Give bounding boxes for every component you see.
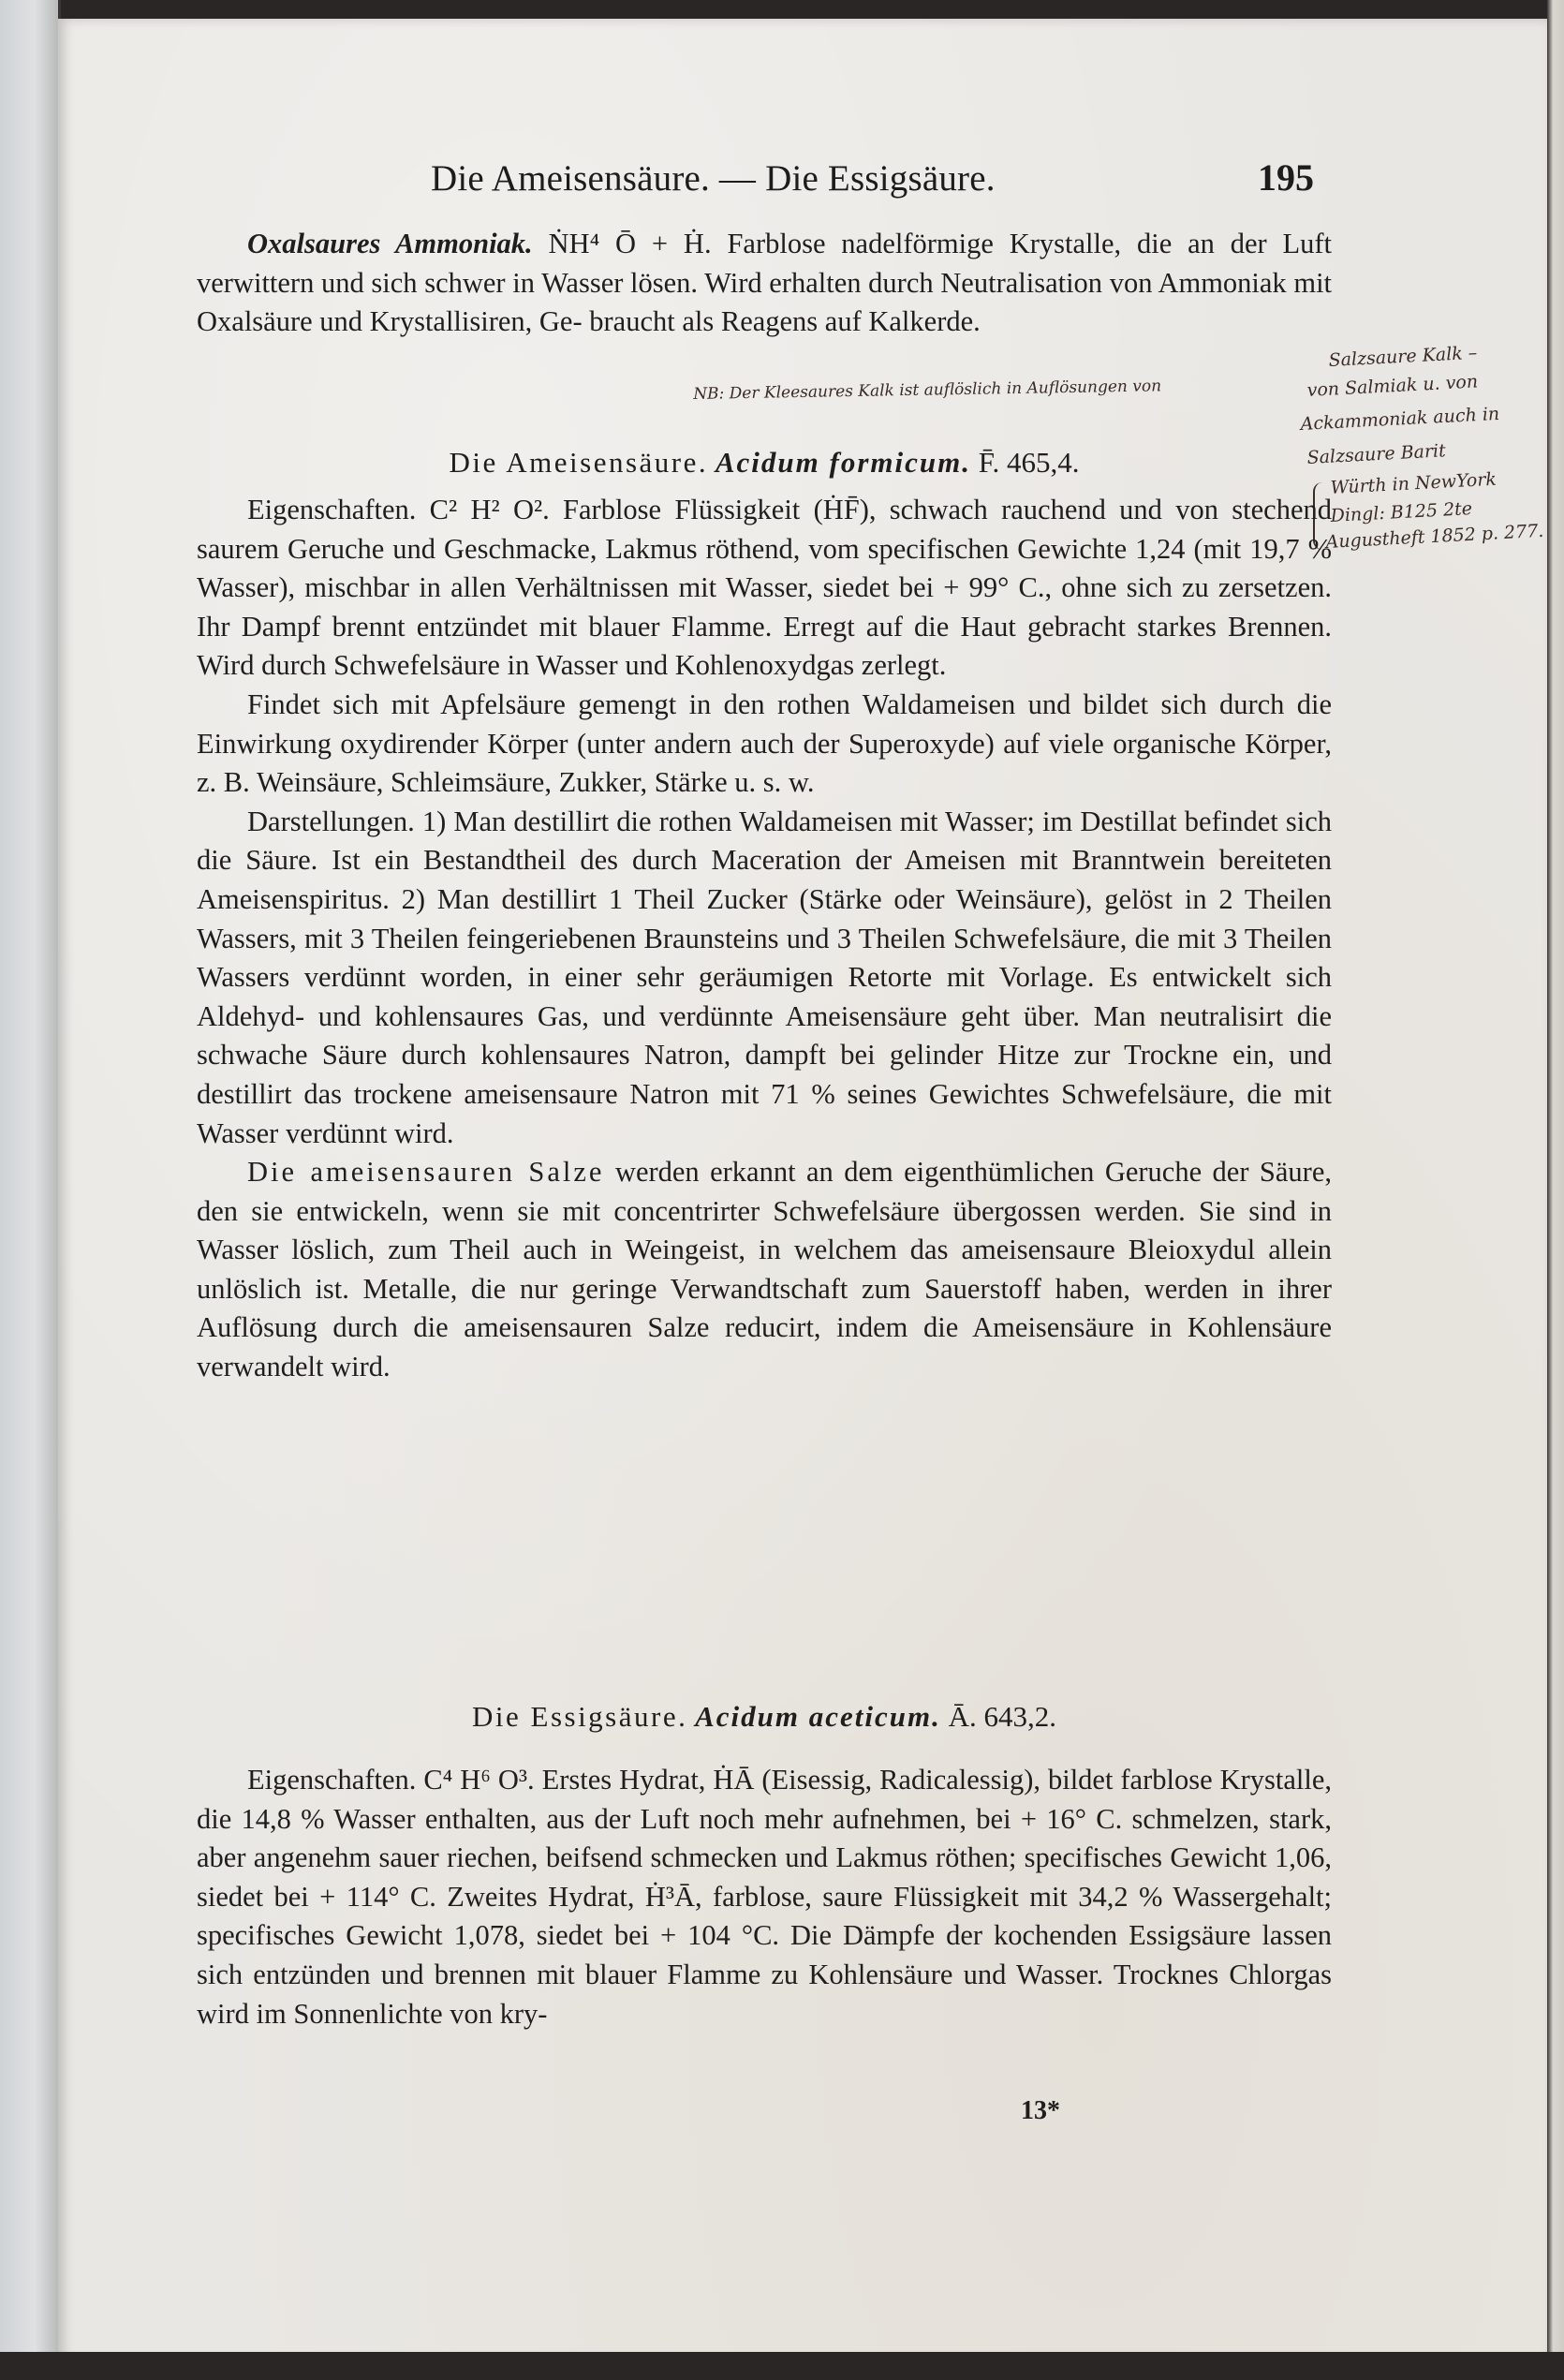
page-fore-edge — [1547, 0, 1564, 2360]
formic-heading-latin: Acidum formicum. — [716, 446, 971, 479]
formic-salts-text: werden erkannt an dem eigenthümlichen Ge… — [197, 1156, 1332, 1382]
formic-salts-paragraph: Die ameisensauren Salze werden erkannt a… — [197, 1153, 1332, 1387]
scan-background — [0, 2352, 1564, 2380]
acetic-heading-latin: Acidum aceticum. — [695, 1700, 941, 1733]
formic-occurrence-paragraph: Findet sich mit Apfelsäure gemengt in de… — [197, 686, 1332, 803]
acetic-properties-paragraph: Eigenschaften. C⁴ H⁶ O³. Erstes Hydrat, … — [197, 1761, 1332, 2033]
running-header-title: Die Ameisensäure. — Die Essigsäure. — [431, 157, 1367, 200]
acetic-heading-name: Die Essigsäure. — [472, 1700, 687, 1733]
acetic-heading-weight: 643,2. — [984, 1700, 1057, 1733]
section-heading-acetic: Die Essigsäure. Acidum aceticum. Ā. 643,… — [197, 1700, 1332, 1734]
acetic-body: Eigenschaften. C⁴ H⁶ O³. Erstes Hydrat, … — [197, 1761, 1332, 2033]
section-heading-formic: Die Ameisensäure. Acidum formicum. F̄. 4… — [197, 446, 1332, 480]
oxalate-lead: Oxalsaures Ammoniak. — [247, 228, 533, 259]
signature-mark: 13* — [1021, 2096, 1060, 2126]
formic-body: Eigenschaften. C² H² O². Farblose Flüssi… — [197, 491, 1332, 1387]
formic-heading-symbol: F̄. — [979, 446, 1000, 479]
formic-preparation-paragraph: Darstellungen. 1) Man destillirt die rot… — [197, 803, 1332, 1153]
formic-properties-paragraph: Eigenschaften. C² H² O². Farblose Flüssi… — [197, 491, 1332, 686]
oxalate-formula: ṄH⁴ Ō + Ḣ. — [549, 228, 712, 259]
formic-salts-lead: Die ameisensauren Salze — [247, 1156, 604, 1188]
acetic-heading-symbol: Ā. — [949, 1700, 977, 1733]
formic-heading-weight: 465,4. — [1007, 446, 1080, 479]
oxalate-line-4: braucht als Reagens auf Kalkerde. — [589, 305, 981, 337]
oxalate-text: Oxalsaures Ammoniak. ṄH⁴ Ō + Ḣ. Farblose… — [197, 225, 1332, 342]
facing-page-edge — [0, 0, 61, 2360]
oxalate-line-1: Farblose nadelförmige Krystalle, — [727, 228, 1121, 259]
page-number: 195 — [1258, 155, 1314, 200]
oxalate-paragraph: Oxalsaures Ammoniak. ṄH⁴ Ō + Ḣ. Farblose… — [197, 225, 1332, 342]
formic-heading-name: Die Ameisensäure. — [449, 446, 708, 479]
